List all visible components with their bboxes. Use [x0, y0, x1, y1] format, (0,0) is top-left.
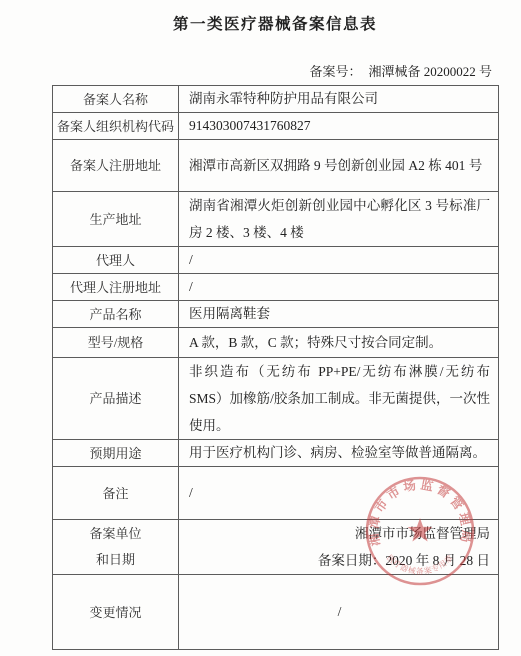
table-row: 代理人 / [53, 247, 499, 274]
row-value: 医用隔离鞋套 [179, 301, 499, 328]
row-label: 代理人 [53, 247, 179, 274]
row-label: 备注 [53, 467, 179, 520]
row-value: / [179, 247, 499, 274]
row-label: 备案人注册地址 [53, 140, 179, 192]
document-page: 第一类医疗器械备案信息表 备案号：湘潭械备 20200022 号 备案人名称 湖… [0, 0, 521, 656]
row-value: 用于医疗机构门诊、病房、检验室等做普通隔离。 [179, 440, 499, 467]
table-row: 备案人组织机构代码 914303007431760827 [53, 113, 499, 140]
row-label: 代理人注册地址 [53, 274, 179, 301]
row-value: 914303007431760827 [179, 113, 499, 140]
filing-number-value: 湘潭械备 20200022 号 [368, 64, 492, 79]
row-label: 预期用途 [53, 440, 179, 467]
table-row: 预期用途 用于医疗机构门诊、病房、检验室等做普通隔离。 [53, 440, 499, 467]
row-value: / [179, 467, 499, 520]
filing-number-label: 备案号： [309, 64, 361, 79]
row-label: 产品描述 [53, 358, 179, 440]
row-value: A 款，B 款，C 款；特殊尺寸按合同定制。 [179, 328, 499, 358]
table-row: 型号/规格 A 款，B 款，C 款；特殊尺寸按合同定制。 [53, 328, 499, 358]
filing-info-table: 备案人名称 湖南永霏特种防护用品有限公司 备案人组织机构代码 914303007… [52, 85, 499, 650]
row-value: 湘潭市市场监督管理局 备案日期：2020 年 8 月 28 日 [179, 520, 499, 575]
row-label-line2: 和日期 [55, 547, 176, 573]
filing-date-value: 备案日期：2020 年 8 月 28 日 [189, 547, 490, 574]
row-label: 备案人组织机构代码 [53, 113, 179, 140]
row-label: 型号/规格 [53, 328, 179, 358]
row-value: 湖南永霏特种防护用品有限公司 [179, 86, 499, 113]
table-row: 代理人注册地址 / [53, 274, 499, 301]
table-row: 生产地址 湖南省湘潭火炬创新创业园中心孵化区 3 号标准厂房 2 楼、3 楼、4… [53, 192, 499, 247]
table-row: 产品名称 医用隔离鞋套 [53, 301, 499, 328]
row-label: 备案人名称 [53, 86, 179, 113]
table-row: 产品描述 非织造布（无纺布 PP+PE/无纺布淋膜/无纺布 SMS）加橡筋/胶条… [53, 358, 499, 440]
row-label: 备案单位 和日期 [53, 520, 179, 575]
row-label: 变更情况 [53, 575, 179, 650]
table-row: 备案人注册地址 湘潭市高新区双拥路 9 号创新创业园 A2 栋 401 号 [53, 140, 499, 192]
row-label-line1: 备案单位 [55, 521, 176, 547]
page-title: 第一类医疗器械备案信息表 [52, 12, 498, 34]
row-value: 湖南省湘潭火炬创新创业园中心孵化区 3 号标准厂房 2 楼、3 楼、4 楼 [179, 192, 499, 247]
row-value: 非织造布（无纺布 PP+PE/无纺布淋膜/无纺布 SMS）加橡筋/胶条加工制成。… [179, 358, 499, 440]
table-row: 备注 / [53, 467, 499, 520]
row-value: / [179, 575, 499, 650]
row-label: 产品名称 [53, 301, 179, 328]
table-row: 变更情况 / [53, 575, 499, 650]
filing-number: 备案号：湘潭械备 20200022 号 [52, 61, 492, 80]
row-value: / [179, 274, 499, 301]
filing-unit-value: 湘潭市市场监督管理局 [189, 520, 490, 547]
row-value: 湘潭市高新区双拥路 9 号创新创业园 A2 栋 401 号 [179, 140, 499, 192]
row-label: 生产地址 [53, 192, 179, 247]
table-row: 备案人名称 湖南永霏特种防护用品有限公司 [53, 86, 499, 113]
table-row: 备案单位 和日期 湘潭市市场监督管理局 备案日期：2020 年 8 月 28 日 [53, 520, 499, 575]
